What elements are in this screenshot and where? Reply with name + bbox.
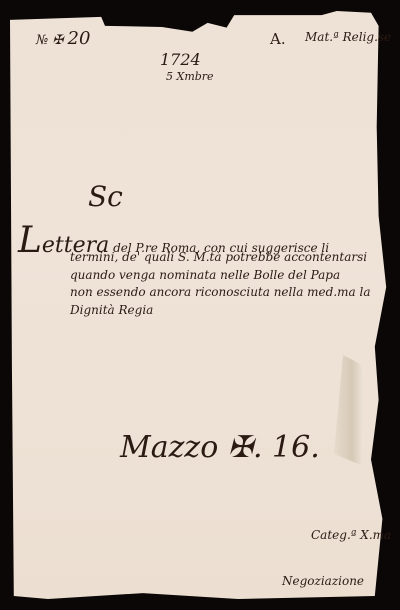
date-day-month: 5 Xmbre	[166, 70, 214, 83]
section-letter: A.	[270, 30, 286, 48]
body-line: quando venga nominata nelle Bolle del Pa…	[70, 268, 340, 282]
bundle-label: Mazzo ✠. 16.	[120, 430, 320, 465]
body-line: termini, de' quali S. M.tà potrebbe acco…	[70, 250, 367, 264]
category-label: Categ.ª X.ma	[311, 528, 391, 542]
category-subject: Negoziazione	[282, 574, 364, 588]
reference-number: № ✠ 20	[36, 28, 90, 49]
intro-flourish: Sc	[88, 180, 123, 213]
date-year: 1724	[160, 50, 201, 69]
body-line: Dignità Regia	[70, 303, 153, 317]
body-line: non essendo ancora riconosciuta nella me…	[70, 285, 371, 299]
subject-label: Mat.ª Relig.se	[305, 30, 391, 44]
manuscript-page	[10, 8, 390, 602]
